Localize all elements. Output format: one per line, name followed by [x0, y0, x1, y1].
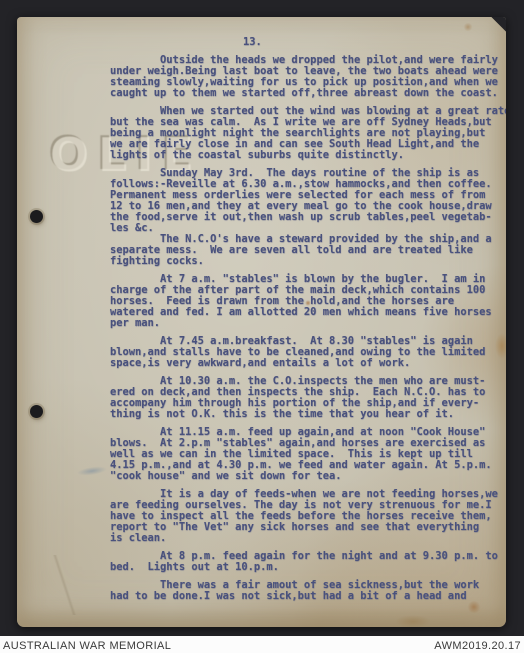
typed-paragraph: It is a day of feeds-when we are not fee… [110, 489, 506, 544]
typed-paragraph: At 7.45 a.m.breakfast. At 8.30 "stables"… [110, 336, 506, 369]
footer-bar: AUSTRALIAN WAR MEMORIAL AWM2019.20.17 [0, 636, 524, 653]
typed-paragraph: Outside the heads we dropped the pilot,a… [110, 55, 506, 99]
typed-paragraph: Sunday May 3rd. The days routine of the … [110, 168, 506, 234]
typed-paragraph: The N.C.O's have a steward provided by t… [110, 234, 506, 267]
typed-paragraph: At 8 p.m. feed again for the night and a… [110, 551, 506, 573]
typed-paragraph: There was a fair amout of sea sickness,b… [110, 580, 506, 602]
paper-stain [395, 615, 431, 627]
typed-paragraph: When we started out the wind was blowing… [110, 106, 506, 161]
scan-background: OLIE 13. Outside the heads we dropped th… [0, 0, 524, 653]
typed-paragraph: At 10.30 a.m. the C.O.inspects the men w… [110, 376, 506, 420]
paper-stain [467, 601, 481, 613]
document-page: OLIE 13. Outside the heads we dropped th… [17, 17, 506, 627]
page-number: 13. [243, 37, 506, 48]
archive-name-label: AUSTRALIAN WAR MEMORIAL [3, 640, 171, 652]
catalog-number-label: AWM2019.20.17 [434, 640, 521, 652]
typed-paragraph: At 11.15 a.m. feed up again,and at noon … [110, 427, 506, 482]
typed-paragraph: At 7 a.m. "stables" is blown by the bugl… [110, 274, 506, 329]
typed-text-block: 13. Outside the heads we dropped the pil… [17, 17, 506, 602]
